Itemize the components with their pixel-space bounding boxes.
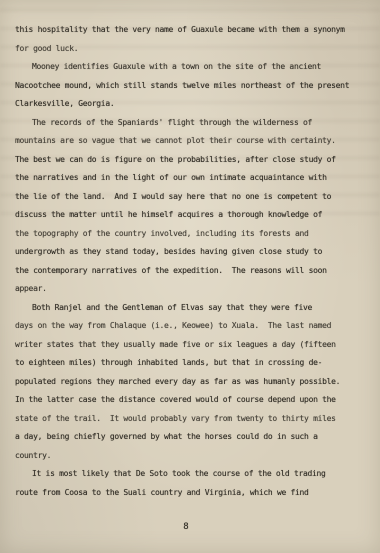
text-line: It is most likely that De Soto took the … — [15, 465, 358, 484]
text-line: populated regions they marched every day… — [15, 373, 358, 392]
text-line: Clarkesville, Georgia. — [15, 95, 358, 114]
text-line: the lie of the land. And I would say her… — [15, 188, 358, 207]
text-line: In the latter case the distance covered … — [15, 391, 358, 410]
text-line: country. — [15, 447, 358, 466]
page-number: 8 — [0, 521, 372, 533]
text-line: a day, being chiefly governed by what th… — [15, 428, 358, 447]
text-line: days on the way from Chalaque (i.e., Keo… — [15, 317, 358, 336]
text-line: appear. — [15, 280, 358, 299]
text-line: for good luck. — [15, 40, 358, 59]
text-line: The best we can do is figure on the prob… — [15, 151, 358, 170]
text-line: Nacootchee mound, which still stands twe… — [15, 77, 358, 96]
text-line: state of the trail. It would probably va… — [15, 410, 358, 429]
text-line: Mooney identifies Guaxule with a town on… — [15, 58, 358, 77]
text-line: mountains are so vague that we cannot pl… — [15, 132, 358, 151]
text-line: discuss the matter until he himself acqu… — [15, 206, 358, 225]
text-line: The records of the Spaniards' flight thr… — [15, 114, 358, 133]
text-line: to eighteen miles) through inhabited lan… — [15, 354, 358, 373]
text-lines: this hospitality that the very name of G… — [15, 21, 358, 502]
text-line: the narratives and in the light of our o… — [15, 169, 358, 188]
text-line: writer states that they usually made fiv… — [15, 336, 358, 355]
text-line: the contemporary narratives of the exped… — [15, 262, 358, 281]
text-line: route from Coosa to the Suali country an… — [15, 484, 358, 503]
text-line: the topography of the country involved, … — [15, 225, 358, 244]
text-line: undergrowth as they stand today, besides… — [15, 243, 358, 262]
text-line: this hospitality that the very name of G… — [15, 21, 358, 40]
text-line: Both Ranjel and the Gentleman of Elvas s… — [15, 299, 358, 318]
typewritten-page: this hospitality that the very name of G… — [0, 0, 380, 553]
